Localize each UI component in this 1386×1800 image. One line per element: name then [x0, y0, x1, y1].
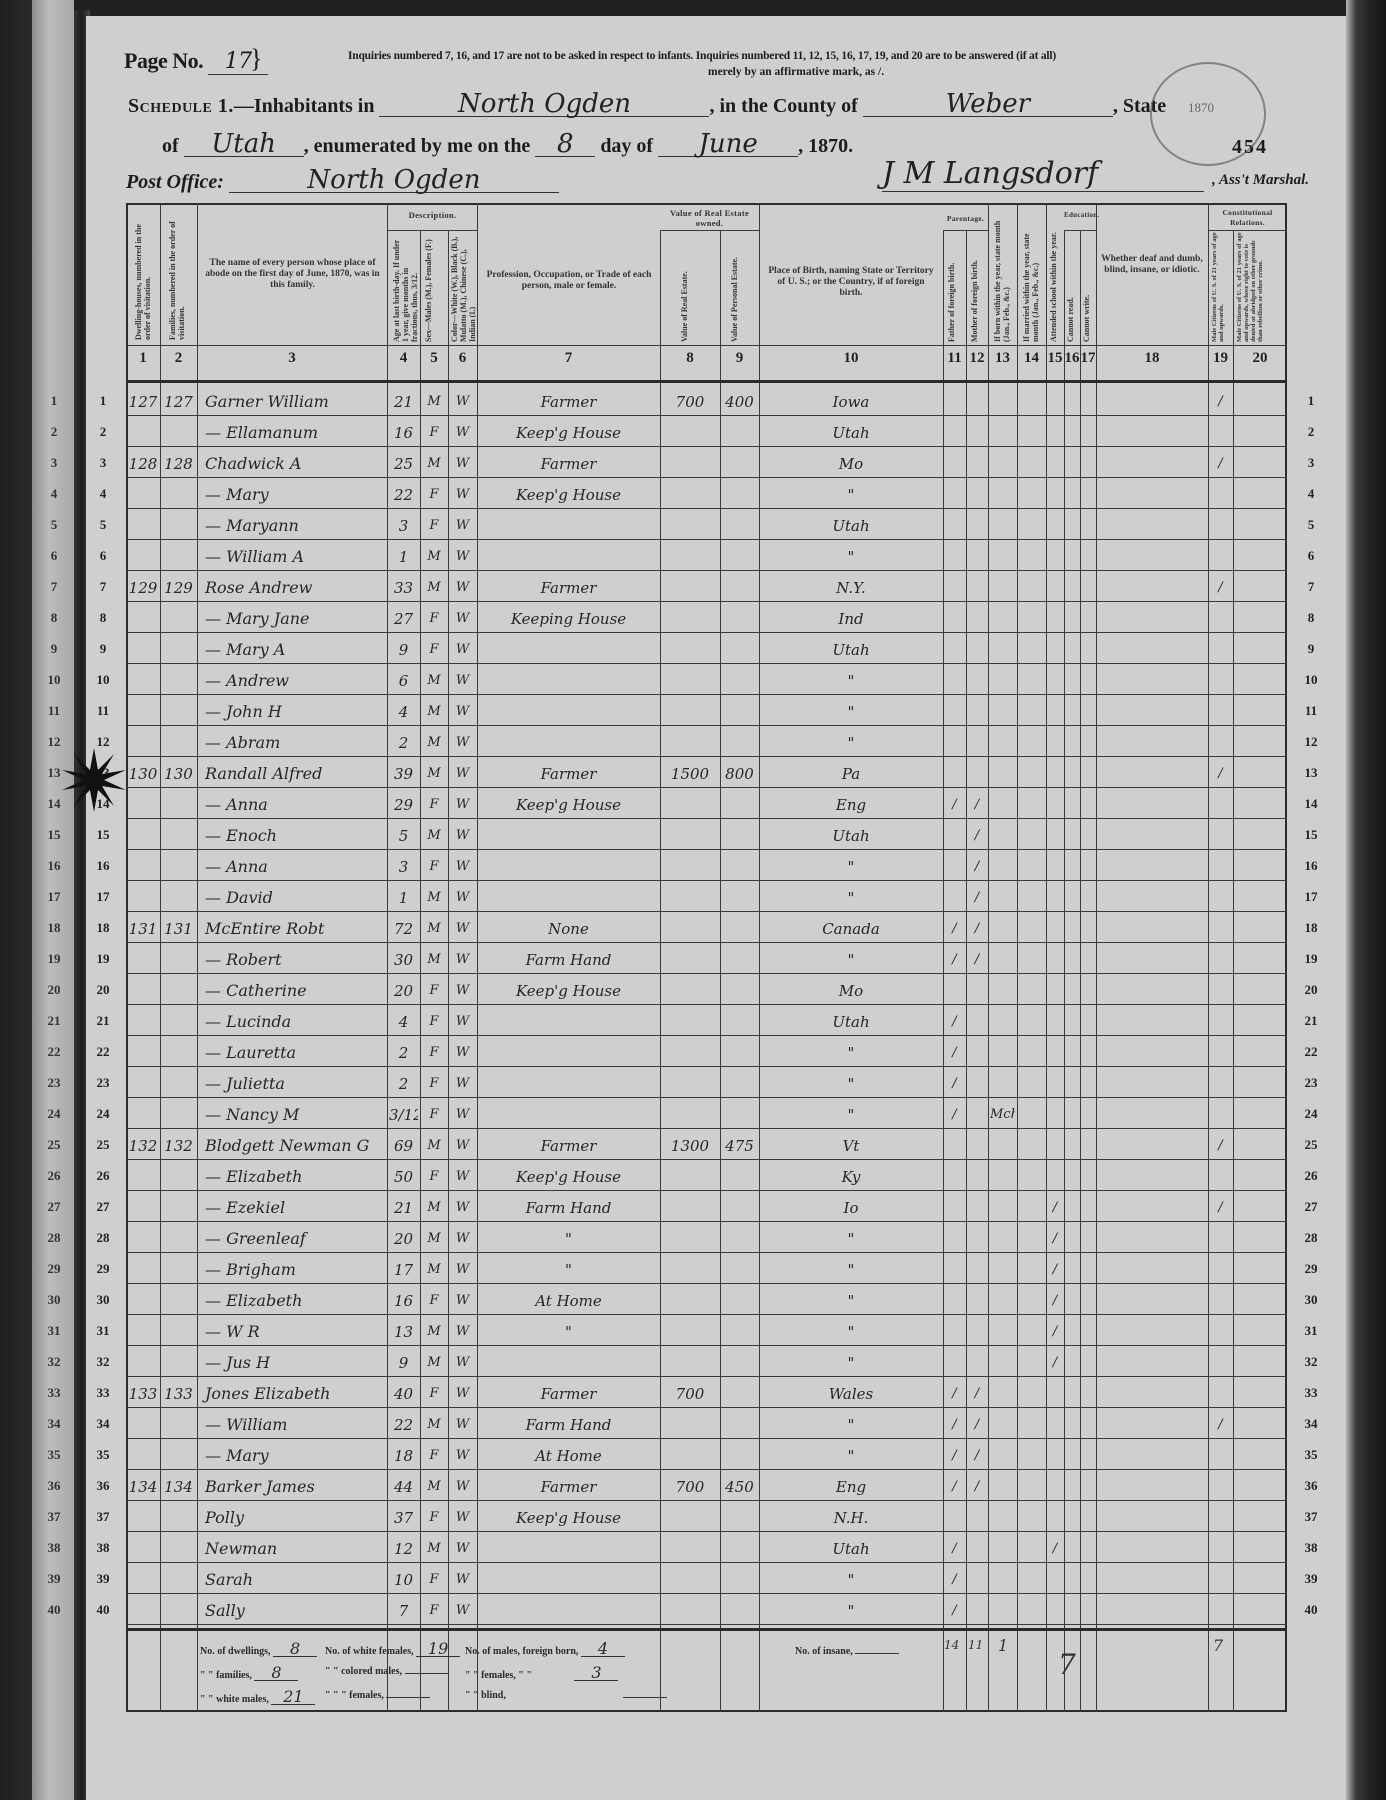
cell-school — [1048, 1067, 1062, 1098]
cell-citizen — [1210, 1005, 1231, 1036]
cell-name: — Elizabeth — [199, 1160, 391, 1191]
cell-color: W — [450, 509, 475, 540]
cell-age: 72 — [389, 912, 418, 943]
cell-cannot-read — [1066, 819, 1078, 850]
cell-sex: F — [422, 1594, 446, 1625]
cell-occupation — [479, 1005, 658, 1036]
line-number-right: 28 — [1296, 1222, 1326, 1253]
line-number-binding: 31 — [40, 1315, 68, 1346]
cell-denied — [1235, 633, 1285, 664]
cell-real-estate: 700 — [662, 1377, 718, 1408]
cell-cannot-read — [1066, 664, 1078, 695]
cell-mother-foreign: / — [968, 850, 986, 881]
cell-real-estate — [662, 1563, 718, 1594]
cell-sex: M — [422, 1253, 446, 1284]
cell-mother-foreign — [968, 1501, 986, 1532]
stamp-year: 1870 — [1188, 100, 1214, 116]
cell-birthplace: Io — [761, 1191, 941, 1222]
cell-dwelling: 132 — [128, 1129, 158, 1160]
cell-personal-estate — [722, 1222, 757, 1253]
cell-real-estate — [662, 602, 718, 633]
line-number-binding: 37 — [40, 1501, 68, 1532]
line-number-right: 8 — [1296, 602, 1326, 633]
cell-denied — [1235, 416, 1285, 447]
cell-mother-foreign: / — [968, 788, 986, 819]
cell-married-month — [1019, 850, 1044, 881]
cell-age: 9 — [389, 1346, 418, 1377]
cell-citizen — [1210, 1284, 1231, 1315]
cell-married-month — [1019, 1253, 1044, 1284]
line-number-right: 31 — [1296, 1315, 1326, 1346]
cell-dwelling — [128, 1346, 158, 1377]
tally-school: 7 — [1058, 1648, 1076, 1681]
line-number-binding: 7 — [40, 571, 68, 602]
cell-sex: F — [422, 1067, 446, 1098]
cell-disability — [1098, 1532, 1206, 1563]
insane-count — [855, 1653, 899, 1654]
cell-mother-foreign — [968, 478, 986, 509]
cell-school — [1048, 850, 1062, 881]
cell-born-month — [990, 1470, 1015, 1501]
cell-father-foreign: / — [945, 1067, 964, 1098]
cell-personal-estate — [722, 695, 757, 726]
cell-citizen: / — [1210, 447, 1231, 478]
cell-cannot-write — [1082, 633, 1094, 664]
cell-personal-estate — [722, 912, 757, 943]
cell-citizen — [1210, 1532, 1231, 1563]
cell-disability — [1098, 850, 1206, 881]
cell-father-foreign — [945, 1129, 964, 1160]
cell-father-foreign — [945, 1191, 964, 1222]
cell-name: — Enoch — [199, 819, 391, 850]
column-number-3: 3 — [197, 350, 387, 372]
enumeration-month: June — [658, 132, 798, 157]
cell-family — [162, 850, 195, 881]
cell-color: W — [450, 1129, 475, 1160]
cell-age: 30 — [389, 943, 418, 974]
cell-birthplace: Mo — [761, 974, 941, 1005]
table-row: — Mary22FWKeep'g House" — [126, 478, 1287, 509]
cell-cannot-write — [1082, 1005, 1094, 1036]
cell-age: 3/12 — [389, 1098, 418, 1129]
cell-name: — W R — [199, 1315, 391, 1346]
cell-birthplace: Utah — [761, 633, 941, 664]
cell-occupation: Farm Hand — [479, 1408, 658, 1439]
cell-denied — [1235, 1594, 1285, 1625]
dwellings-label: No. of dwellings, — [200, 1646, 271, 1657]
cell-father-foreign — [945, 385, 964, 416]
cell-family — [162, 1563, 195, 1594]
cell-occupation: Farmer — [479, 1470, 658, 1501]
cell-cannot-read — [1066, 1346, 1078, 1377]
cell-color: W — [450, 1501, 475, 1532]
header-col-15: Attended school within the year. — [1049, 212, 1062, 342]
cell-real-estate — [662, 633, 718, 664]
cell-birthplace: Ky — [761, 1160, 941, 1191]
cell-family: 131 — [162, 912, 195, 943]
cell-citizen: / — [1210, 385, 1231, 416]
schedule-label: Schedule 1. — [128, 95, 234, 117]
cell-birthplace: Iowa — [761, 385, 941, 416]
line-number-binding: 16 — [40, 850, 68, 881]
cell-born-month — [990, 1160, 1015, 1191]
cell-name: — Mary Jane — [199, 602, 391, 633]
cell-born-month — [990, 757, 1015, 788]
cell-denied — [1235, 1160, 1285, 1191]
cell-dwelling — [128, 478, 158, 509]
cell-family — [162, 1191, 195, 1222]
cell-age: 33 — [389, 571, 418, 602]
marshal-signature: J M Langsdorf — [882, 156, 1204, 192]
cell-father-foreign — [945, 1160, 964, 1191]
line-number-right: 21 — [1296, 1005, 1326, 1036]
cell-married-month — [1019, 1501, 1044, 1532]
cell-cannot-write — [1082, 385, 1094, 416]
cell-dwelling — [128, 1160, 158, 1191]
line-number-binding: 9 — [40, 633, 68, 664]
cell-personal-estate — [722, 1315, 757, 1346]
cell-color: W — [450, 1253, 475, 1284]
cell-mother-foreign — [968, 1036, 986, 1067]
line-number-left: 37 — [88, 1501, 118, 1532]
cell-name: — Brigham — [199, 1253, 391, 1284]
cell-name: — Robert — [199, 943, 391, 974]
line-number-left: 24 — [88, 1098, 118, 1129]
line-number-right: 24 — [1296, 1098, 1326, 1129]
cell-occupation — [479, 633, 658, 664]
header-col-7: Profession, Occupation, or Trade of each… — [484, 270, 654, 292]
cell-father-foreign: / — [945, 788, 964, 819]
cell-name: — John H — [199, 695, 391, 726]
cell-name: Rose Andrew — [199, 571, 391, 602]
cell-age: 9 — [389, 633, 418, 664]
cell-denied — [1235, 757, 1285, 788]
cell-birthplace: " — [761, 850, 941, 881]
line-number-left: 10 — [88, 664, 118, 695]
table-row: — Lauretta2FW"/ — [126, 1036, 1287, 1067]
cell-married-month — [1019, 447, 1044, 478]
cell-age: 3 — [389, 509, 418, 540]
females-foreign-count: 3 — [574, 1666, 618, 1681]
table-row: — Ezekiel21MWFarm HandIo// — [126, 1191, 1287, 1222]
cell-real-estate — [662, 571, 718, 602]
cell-occupation — [479, 819, 658, 850]
cell-denied — [1235, 695, 1285, 726]
cell-personal-estate — [722, 1377, 757, 1408]
cell-sex: F — [422, 974, 446, 1005]
cell-disability — [1098, 1315, 1206, 1346]
white-females-label: No. of white females, — [325, 1646, 414, 1657]
cell-birthplace: N.H. — [761, 1501, 941, 1532]
table-row: — David1MW"/ — [126, 881, 1287, 912]
header-col-2: Families, numbered in the order of visit… — [168, 212, 190, 340]
cell-born-month — [990, 1036, 1015, 1067]
cell-born-month — [990, 1408, 1015, 1439]
cell-family: 132 — [162, 1129, 195, 1160]
cell-name: Sarah — [199, 1563, 391, 1594]
cell-citizen — [1210, 788, 1231, 819]
cell-name: — Ezekiel — [199, 1191, 391, 1222]
county-label: , in the County of — [709, 95, 857, 117]
cell-occupation: Farmer — [479, 1129, 658, 1160]
line-number-right: 10 — [1296, 664, 1326, 695]
cell-mother-foreign — [968, 1222, 986, 1253]
line-number-right: 13 — [1296, 757, 1326, 788]
cell-school — [1048, 788, 1062, 819]
cell-occupation — [479, 1067, 658, 1098]
cell-disability — [1098, 1594, 1206, 1625]
cell-married-month — [1019, 633, 1044, 664]
line-number-right: 22 — [1296, 1036, 1326, 1067]
cell-birthplace: " — [761, 1594, 941, 1625]
cell-color: W — [450, 1470, 475, 1501]
line-number-binding: 15 — [40, 819, 68, 850]
line-number-right: 26 — [1296, 1160, 1326, 1191]
cell-father-foreign: / — [945, 1594, 964, 1625]
colored-males-count — [405, 1673, 449, 1674]
cell-disability — [1098, 1346, 1206, 1377]
cell-disability — [1098, 726, 1206, 757]
cell-cannot-read — [1066, 509, 1078, 540]
header-col-10: Place of Birth, naming State or Territor… — [766, 266, 936, 299]
cell-name: Barker James — [199, 1470, 391, 1501]
cell-color: W — [450, 757, 475, 788]
cell-name: — Andrew — [199, 664, 391, 695]
cell-disability — [1098, 664, 1206, 695]
cell-mother-foreign — [968, 1253, 986, 1284]
table-row: — W R13MW""/ — [126, 1315, 1287, 1346]
cell-born-month — [990, 819, 1015, 850]
cell-cannot-read — [1066, 1377, 1078, 1408]
cell-born-month — [990, 1501, 1015, 1532]
cell-real-estate — [662, 1594, 718, 1625]
cell-born-month — [990, 1067, 1015, 1098]
table-row: — Nancy M3/12FW"/Mch — [126, 1098, 1287, 1129]
cell-color: W — [450, 974, 475, 1005]
cell-birthplace: Mo — [761, 447, 941, 478]
cell-denied — [1235, 726, 1285, 757]
cell-dwelling — [128, 726, 158, 757]
cell-father-foreign — [945, 447, 964, 478]
cell-born-month — [990, 1005, 1015, 1036]
enumeration-line: of Utah, enumerated by me on the 8 day o… — [162, 132, 853, 158]
cell-sex: F — [422, 1160, 446, 1191]
cell-cannot-read — [1066, 1129, 1078, 1160]
cell-school — [1048, 571, 1062, 602]
cell-age: 4 — [389, 1005, 418, 1036]
cell-cannot-write — [1082, 1377, 1094, 1408]
cell-age: 2 — [389, 1036, 418, 1067]
cell-birthplace: Eng — [761, 788, 941, 819]
cell-occupation — [479, 850, 658, 881]
cell-family — [162, 726, 195, 757]
table-row: — Brigham17MW""/ — [126, 1253, 1287, 1284]
cell-father-foreign — [945, 540, 964, 571]
cell-color: W — [450, 1439, 475, 1470]
cell-born-month — [990, 1563, 1015, 1594]
cell-cannot-read — [1066, 1036, 1078, 1067]
cell-born-month — [990, 1532, 1015, 1563]
cell-birthplace: Utah — [761, 1532, 941, 1563]
cell-family — [162, 943, 195, 974]
cell-color: W — [450, 726, 475, 757]
cell-birthplace: " — [761, 1222, 941, 1253]
cell-school: / — [1048, 1222, 1062, 1253]
cell-birthplace: " — [761, 943, 941, 974]
cell-born-month — [990, 540, 1015, 571]
line-number-left: 23 — [88, 1067, 118, 1098]
cell-married-month — [1019, 664, 1044, 695]
line-number-right: 20 — [1296, 974, 1326, 1005]
cell-sex: F — [422, 788, 446, 819]
cell-family — [162, 1284, 195, 1315]
header-group-description: Description. — [388, 210, 477, 220]
cell-born-month — [990, 1315, 1015, 1346]
tally-born-in-year: 1 — [998, 1636, 1008, 1655]
cell-name: — William — [199, 1408, 391, 1439]
line-number-left: 22 — [88, 1036, 118, 1067]
cell-real-estate — [662, 1346, 718, 1377]
cell-color: W — [450, 416, 475, 447]
line-number-left: 17 — [88, 881, 118, 912]
line-number-right: 32 — [1296, 1346, 1326, 1377]
cell-name: McEntire Robt — [199, 912, 391, 943]
cell-name: — Anna — [199, 788, 391, 819]
cell-birthplace: " — [761, 1036, 941, 1067]
cell-personal-estate — [722, 633, 757, 664]
cell-born-month — [990, 726, 1015, 757]
cell-name: — Greenleaf — [199, 1222, 391, 1253]
cell-citizen — [1210, 1222, 1231, 1253]
cell-color: W — [450, 881, 475, 912]
cell-disability — [1098, 1222, 1206, 1253]
line-number-left: 32 — [88, 1346, 118, 1377]
cell-father-foreign — [945, 881, 964, 912]
cell-birthplace: " — [761, 1098, 941, 1129]
marshal-title: , Ass't Marshal. — [1212, 172, 1309, 189]
cell-personal-estate — [722, 1346, 757, 1377]
cell-denied — [1235, 1346, 1285, 1377]
cell-mother-foreign — [968, 1346, 986, 1377]
cell-dwelling — [128, 1439, 158, 1470]
cell-personal-estate — [722, 1191, 757, 1222]
line-number-right: 40 — [1296, 1594, 1326, 1625]
cell-age: 16 — [389, 1284, 418, 1315]
cell-cannot-write — [1082, 602, 1094, 633]
cell-real-estate — [662, 1191, 718, 1222]
page-label: Page No. — [124, 48, 203, 73]
cell-married-month — [1019, 1315, 1044, 1346]
cell-married-month — [1019, 1563, 1044, 1594]
cell-name: Polly — [199, 1501, 391, 1532]
cell-disability — [1098, 447, 1206, 478]
cell-personal-estate — [722, 1408, 757, 1439]
cell-dwelling — [128, 664, 158, 695]
cell-dwelling — [128, 509, 158, 540]
line-number-binding: 30 — [40, 1284, 68, 1315]
cell-born-month — [990, 478, 1015, 509]
cell-dwelling: 127 — [128, 385, 158, 416]
cell-family — [162, 1098, 195, 1129]
cell-denied — [1235, 478, 1285, 509]
cell-sex: F — [422, 1005, 446, 1036]
cell-citizen — [1210, 509, 1231, 540]
line-number-left: 5 — [88, 509, 118, 540]
cell-denied — [1235, 1563, 1285, 1594]
line-number-left: 4 — [88, 478, 118, 509]
cell-cannot-write — [1082, 1532, 1094, 1563]
cell-disability — [1098, 478, 1206, 509]
cell-sex: F — [422, 478, 446, 509]
cell-disability — [1098, 695, 1206, 726]
cell-birthplace: Vt — [761, 1129, 941, 1160]
cell-personal-estate: 450 — [722, 1470, 757, 1501]
cell-born-month — [990, 912, 1015, 943]
cell-cannot-read — [1066, 943, 1078, 974]
cell-age: 2 — [389, 726, 418, 757]
cell-birthplace: Utah — [761, 509, 941, 540]
cell-real-estate — [662, 1222, 718, 1253]
cell-color: W — [450, 602, 475, 633]
cell-citizen — [1210, 540, 1231, 571]
cell-sex: M — [422, 1222, 446, 1253]
cell-color: W — [450, 1222, 475, 1253]
line-number-right: 18 — [1296, 912, 1326, 943]
cell-disability — [1098, 385, 1206, 416]
cell-denied — [1235, 912, 1285, 943]
cell-denied — [1235, 1036, 1285, 1067]
cell-sex: M — [422, 881, 446, 912]
cell-occupation: Farmer — [479, 757, 658, 788]
cell-name: Sally — [199, 1594, 391, 1625]
cell-citizen — [1210, 416, 1231, 447]
cell-real-estate — [662, 416, 718, 447]
cell-personal-estate — [722, 850, 757, 881]
table-row: — Anna3FW"/ — [126, 850, 1287, 881]
cell-dwelling — [128, 1191, 158, 1222]
cell-citizen — [1210, 1501, 1231, 1532]
table-row: Sarah10FW"/ — [126, 1563, 1287, 1594]
line-number-binding: 20 — [40, 974, 68, 1005]
column-number-18: 18 — [1096, 350, 1208, 372]
cell-citizen: / — [1210, 1191, 1231, 1222]
cell-real-estate — [662, 478, 718, 509]
cell-name: — Ellamanum — [199, 416, 391, 447]
line-number-left: 29 — [88, 1253, 118, 1284]
table-row: — William A1MW" — [126, 540, 1287, 571]
line-number-left: 6 — [88, 540, 118, 571]
cell-sex: F — [422, 1036, 446, 1067]
cell-dwelling — [128, 1315, 158, 1346]
cell-father-foreign — [945, 819, 964, 850]
cell-cannot-read — [1066, 540, 1078, 571]
cell-school — [1048, 757, 1062, 788]
cell-school — [1048, 540, 1062, 571]
header-col-14: If married within the year, state month … — [1022, 212, 1042, 342]
line-number-right: 6 — [1296, 540, 1326, 571]
cell-cannot-write — [1082, 1253, 1094, 1284]
cell-name: — Julietta — [199, 1067, 391, 1098]
line-number-binding: 8 — [40, 602, 68, 633]
cell-color: W — [450, 1532, 475, 1563]
cell-married-month — [1019, 509, 1044, 540]
cell-family — [162, 1253, 195, 1284]
cell-cannot-read — [1066, 1563, 1078, 1594]
cell-family — [162, 664, 195, 695]
line-number-left: 26 — [88, 1160, 118, 1191]
cell-color: W — [450, 1315, 475, 1346]
cell-married-month — [1019, 478, 1044, 509]
